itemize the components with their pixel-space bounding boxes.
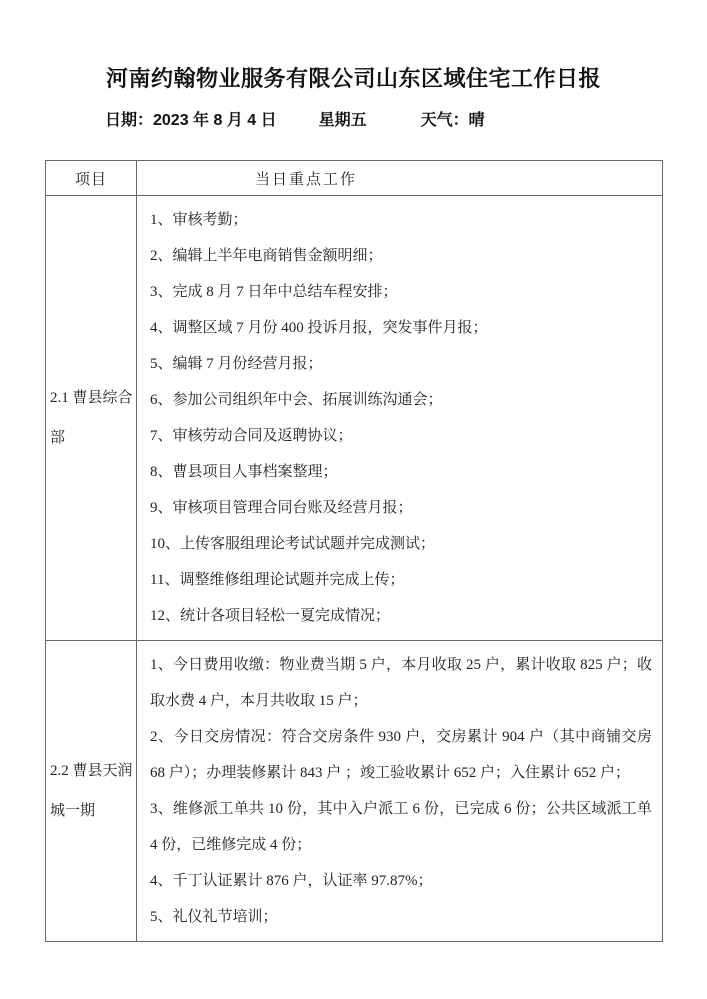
work-item: 2、今日交房情况：符合交房条件 930 户，交房累计 904 户（其中商铺交房 … — [150, 719, 652, 791]
work-item: 5、编辑 7 月份经营月报； — [150, 346, 652, 382]
table-row: 2.1 曹县综合部1、审核考勤；2、编辑上半年电商销售金额明细；3、完成 8 月… — [46, 196, 663, 641]
work-item: 10、上传客服组理论考试试题并完成测试； — [150, 526, 652, 562]
column-header-work: 当日重点工作 — [137, 161, 663, 196]
work-item: 4、千丁认证累计 876 户，认证率 97.87%； — [150, 863, 652, 899]
report-date: 日期：2023 年 8 月 4 日 — [105, 112, 277, 129]
daily-report-page: 河南约翰物业服务有限公司山东区域住宅工作日报 日期：2023 年 8 月 4 日… — [0, 0, 707, 999]
work-item: 12、统计各项目轻松一夏完成情况； — [150, 598, 652, 634]
work-item: 1、审核考勤； — [150, 202, 652, 238]
work-item: 5、礼仪礼节培训； — [150, 899, 652, 935]
work-item: 8、曹县项目人事档案整理； — [150, 454, 652, 490]
page-title: 河南约翰物业服务有限公司山东区域住宅工作日报 — [0, 0, 707, 93]
project-cell: 2.2 曹县天润城一期 — [46, 641, 137, 942]
project-label: 2.1 曹县综合部 — [50, 390, 133, 446]
report-meta: 日期：2023 年 8 月 4 日星期五天气：晴 — [105, 107, 707, 130]
column-header-project: 项目 — [46, 161, 137, 196]
work-item: 6、参加公司组织年中会、拓展训练沟通会； — [150, 382, 652, 418]
work-item: 3、完成 8 月 7 日年中总结车程安排； — [150, 274, 652, 310]
work-item: 4、调整区域 7 月份 400 投诉月报，突发事件月报； — [150, 310, 652, 346]
report-table-head: 项目 当日重点工作 — [46, 161, 663, 196]
report-weather: 天气：晴 — [421, 112, 485, 129]
report-table: 项目 当日重点工作 2.1 曹县综合部1、审核考勤；2、编辑上半年电商销售金额明… — [45, 160, 663, 942]
project-label: 2.2 曹县天润城一期 — [50, 763, 133, 819]
report-weekday: 星期五 — [319, 112, 367, 129]
work-item: 11、调整维修组理论试题并完成上传； — [150, 562, 652, 598]
header-row: 项目 当日重点工作 — [46, 161, 663, 196]
work-item: 1、今日费用收缴：物业费当期 5 户，本月收取 25 户，累计收取 825 户；… — [150, 647, 652, 719]
table-row: 2.2 曹县天润城一期1、今日费用收缴：物业费当期 5 户，本月收取 25 户，… — [46, 641, 663, 942]
report-table-body: 2.1 曹县综合部1、审核考勤；2、编辑上半年电商销售金额明细；3、完成 8 月… — [46, 196, 663, 942]
work-item: 3、维修派工单共 10 份，其中入户派工 6 份，已完成 6 份；公共区域派工单… — [150, 791, 652, 863]
work-cell: 1、审核考勤；2、编辑上半年电商销售金额明细；3、完成 8 月 7 日年中总结车… — [137, 196, 663, 641]
work-cell: 1、今日费用收缴：物业费当期 5 户，本月收取 25 户，累计收取 825 户；… — [137, 641, 663, 942]
project-cell: 2.1 曹县综合部 — [46, 196, 137, 641]
work-item: 2、编辑上半年电商销售金额明细； — [150, 238, 652, 274]
work-item: 9、审核项目管理合同台账及经营月报； — [150, 490, 652, 526]
work-item: 7、审核劳动合同及返聘协议； — [150, 418, 652, 454]
